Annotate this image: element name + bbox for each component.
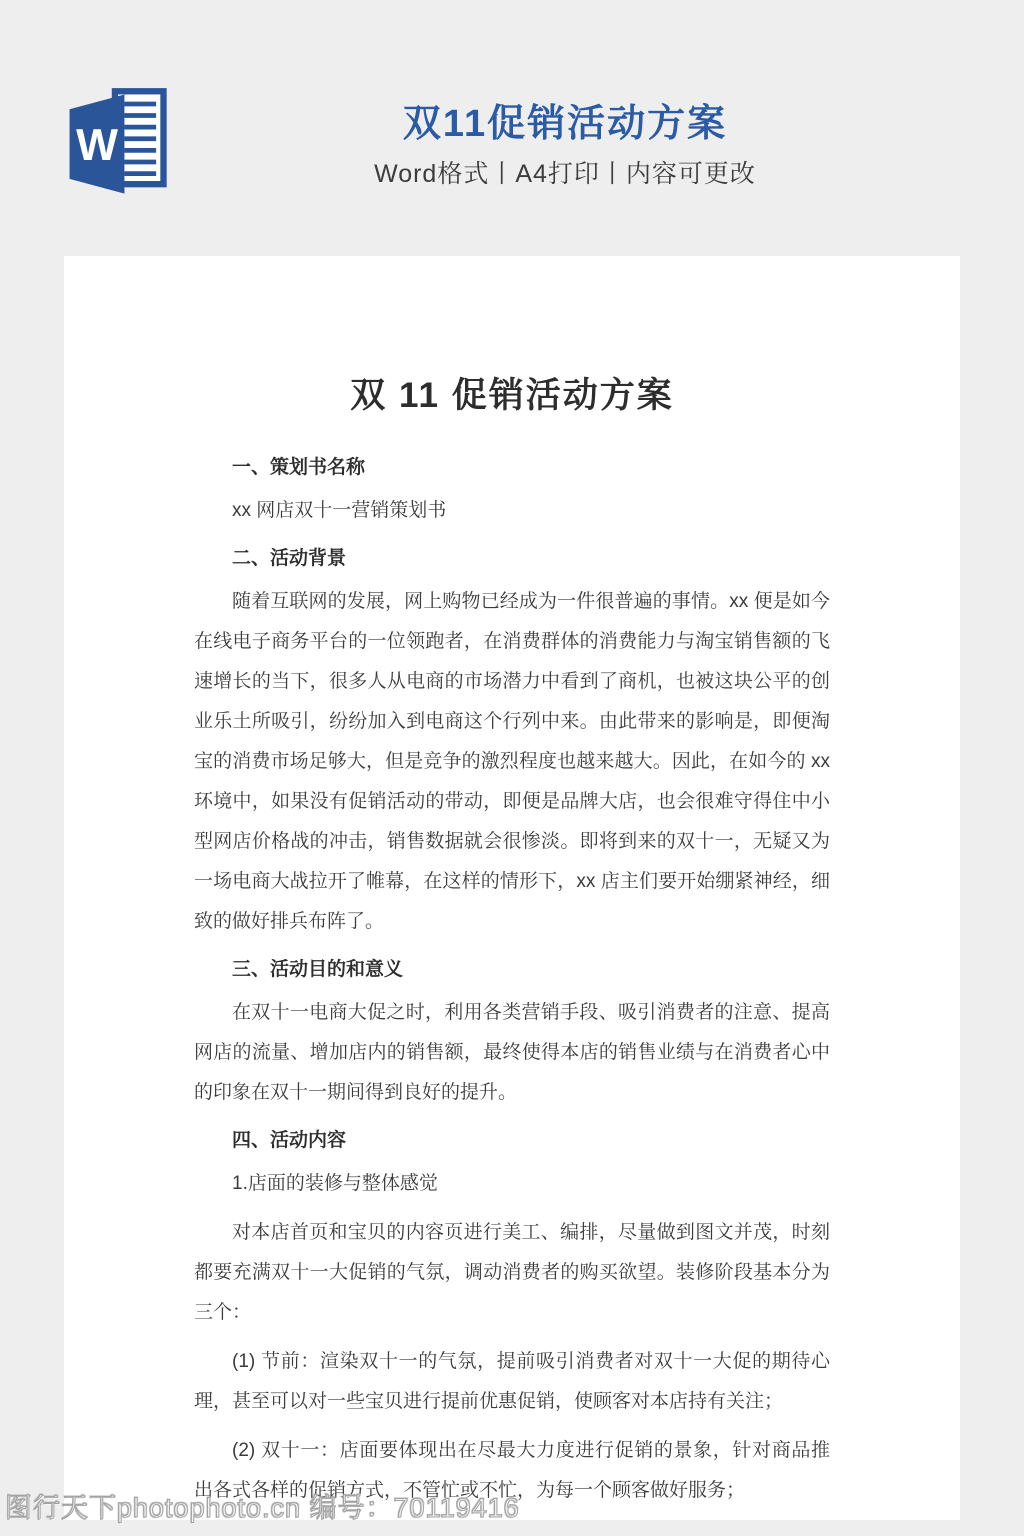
document-body: 一、策划书名称 xx 网店双十一营销策划书 二、活动背景 随着互联网的发展，网上… (194, 454, 830, 1511)
document-page: 双 11 促销活动方案 一、策划书名称 xx 网店双十一营销策划书 二、活动背景… (64, 256, 960, 1520)
section-heading-2: 二、活动背景 (194, 545, 830, 573)
sub-item-title: 1.店面的装修与整体感觉 (194, 1164, 830, 1204)
template-subtitle: Word格式丨A4打印丨内容可更改 (106, 154, 1024, 190)
paragraph: 对本店首页和宝贝的内容页进行美工、编排，尽量做到图文并茂，时刻都要充满双十一大促… (194, 1213, 830, 1333)
paragraph: 在双十一电商大促之时，利用各类营销手段、吸引消费者的注意、提高网店的流量、增加店… (194, 993, 830, 1113)
section-heading-3: 三、活动目的和意义 (194, 956, 830, 984)
paragraph: 随着互联网的发展，网上购物已经成为一件很普遍的事情。xx 便是如今在线电子商务平… (194, 582, 830, 942)
paragraph: (1) 节前：渲染双十一的气氛，提前吸引消费者对双十一大促的期待心理，甚至可以对… (194, 1342, 830, 1422)
watermark-text: 图行天下photophoto.cn 编号：70119416 (5, 1486, 520, 1525)
template-title: 双11促销活动方案 (106, 92, 1024, 147)
top-banner: W 双11促销活动方案 Word格式丨A4打印丨内容可更改 (0, 0, 1024, 256)
section-heading-4: 四、活动内容 (194, 1127, 830, 1155)
section-heading-1: 一、策划书名称 (194, 454, 830, 482)
paragraph: xx 网店双十一营销策划书 (194, 491, 830, 531)
document-title: 双 11 促销活动方案 (194, 368, 830, 418)
